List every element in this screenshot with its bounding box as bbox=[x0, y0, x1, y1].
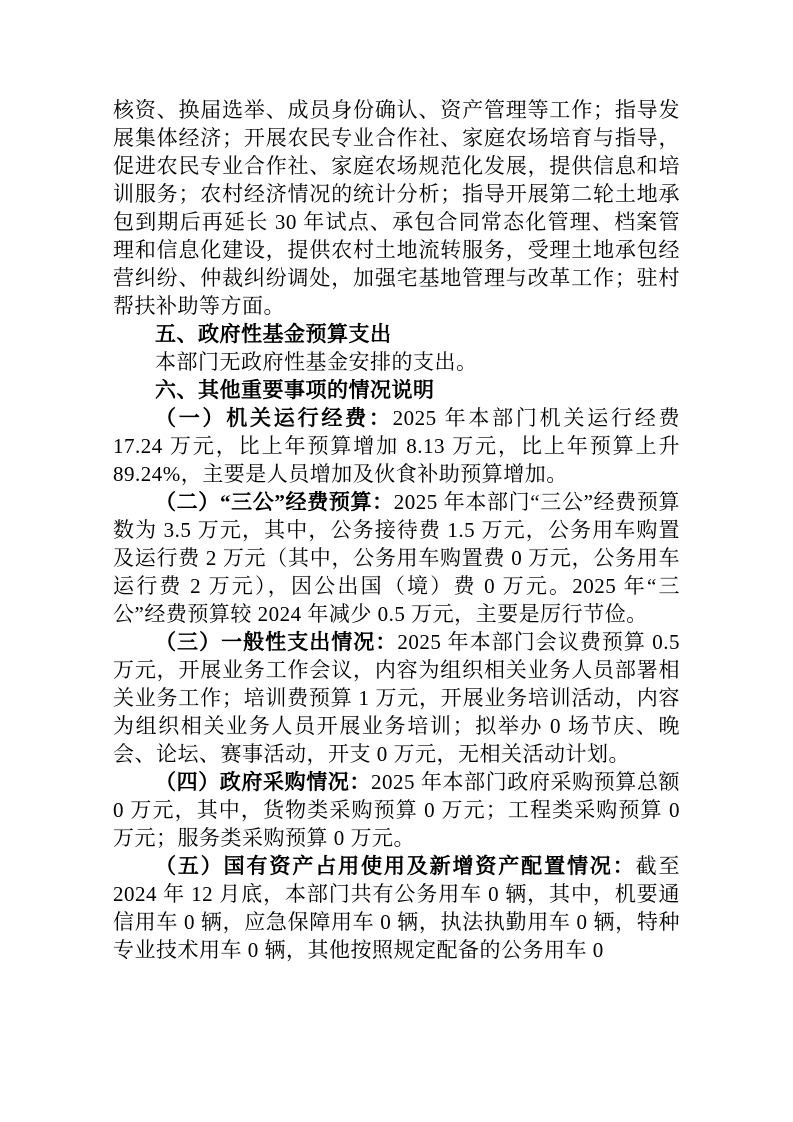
item-lead: （一）机关运行经费： bbox=[155, 406, 393, 430]
item-3-general-expenditure: （三）一般性支出情况：2025 年本部门会议费预算 0.5 万元，开展业务工作会… bbox=[113, 628, 680, 768]
heading-text: 五、政府性基金预算支出 bbox=[155, 322, 392, 346]
heading-text: 六、其他重要事项的情况说明 bbox=[155, 378, 435, 402]
item-lead: （四）政府采购情况： bbox=[155, 770, 371, 794]
item-1-operating-expenses: （一）机关运行经费：2025 年本部门机关运行经费 17.24 万元，比上年预算… bbox=[113, 404, 680, 488]
paragraph-no-gov-fund: 本部门无政府性基金安排的支出。 bbox=[113, 348, 680, 376]
item-lead: （三）一般性支出情况： bbox=[155, 630, 397, 654]
paragraph-text: 本部门无政府性基金安排的支出。 bbox=[155, 350, 478, 374]
paragraph-budget-scope-continuation: 核资、换届选举、成员身份确认、资产管理等工作；指导发展集体经济；开展农民专业合作… bbox=[113, 96, 680, 320]
section-heading-other-important-items: 六、其他重要事项的情况说明 bbox=[113, 376, 680, 404]
item-lead: （二）“三公”经费预算： bbox=[155, 490, 394, 514]
section-heading-gov-fund-budget: 五、政府性基金预算支出 bbox=[113, 320, 680, 348]
item-4-government-procurement: （四）政府采购情况：2025 年本部门政府采购预算总额 0 万元，其中，货物类采… bbox=[113, 768, 680, 852]
paragraph-text: 核资、换届选举、成员身份确认、资产管理等工作；指导发展集体经济；开展农民专业合作… bbox=[113, 98, 680, 318]
document-body: 核资、换届选举、成员身份确认、资产管理等工作；指导发展集体经济；开展农民专业合作… bbox=[113, 96, 680, 964]
item-lead: （五）国有资产占用使用及新增资产配置情况： bbox=[155, 854, 636, 878]
document-page: 核资、换届选举、成员身份确认、资产管理等工作；指导发展集体经济；开展农民专业合作… bbox=[0, 0, 793, 1122]
item-2-three-public-expenses-budget: （二）“三公”经费预算：2025 年本部门“三公”经费预算数为 3.5 万元，其… bbox=[113, 488, 680, 628]
item-5-state-assets-usage: （五）国有资产占用使用及新增资产配置情况：截至 2024 年 12 月底，本部门… bbox=[113, 852, 680, 964]
